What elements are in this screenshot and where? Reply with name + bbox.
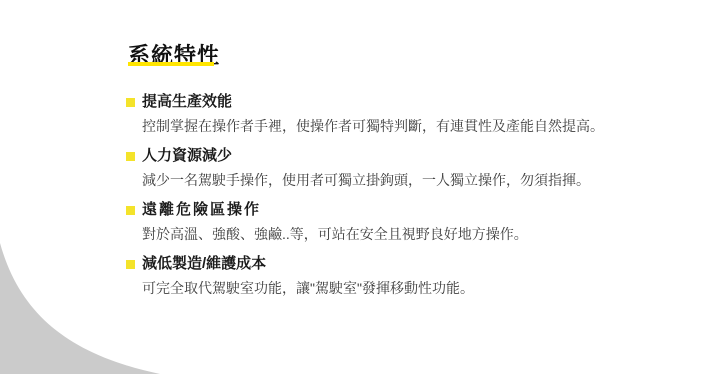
bullet-square-icon [126, 98, 135, 107]
bullet-square-icon [126, 260, 135, 269]
feature-heading-row: 減低製造/維護成本 [126, 255, 626, 274]
feature-description: 可完全取代駕駛室功能，讓"駕駛室"發揮移動性功能。 [126, 279, 626, 297]
feature-heading-row: 人力資源減少 [126, 147, 626, 166]
feature-item-manpower: 人力資源減少 減少一名駕駛手操作，使用者可獨立掛鉤頭，一人獨立操作，勿須指揮。 [126, 147, 626, 189]
bullet-square-icon [126, 206, 135, 215]
feature-description: 對於高溫、強酸、強鹼..等，可站在安全且視野良好地方操作。 [126, 225, 626, 243]
feature-list: 提高生產效能 控制掌握在操作者手裡，使操作者可獨特判斷，有連貫性及產能自然提高。… [126, 93, 626, 309]
feature-description: 控制掌握在操作者手裡，使操作者可獨特判斷，有連貫性及產能自然提高。 [126, 117, 626, 135]
feature-heading-row: 提高生產效能 [126, 93, 626, 112]
feature-description: 減少一名駕駛手操作，使用者可獨立掛鉤頭，一人獨立操作，勿須指揮。 [126, 171, 626, 189]
bullet-square-icon [126, 152, 135, 161]
feature-heading: 人力資源減少 [142, 147, 232, 166]
feature-item-danger-zone: 遠離危險區操作 對於高溫、強酸、強鹼..等，可站在安全且視野良好地方操作。 [126, 201, 626, 243]
feature-heading-row: 遠離危險區操作 [126, 201, 626, 220]
feature-item-cost: 減低製造/維護成本 可完全取代駕駛室功能，讓"駕駛室"發揮移動性功能。 [126, 255, 626, 297]
feature-item-productivity: 提高生產效能 控制掌握在操作者手裡，使操作者可獨特判斷，有連貫性及產能自然提高。 [126, 93, 626, 135]
feature-heading: 遠離危險區操作 [142, 201, 261, 220]
title-underline [128, 62, 214, 66]
feature-heading: 提高生產效能 [142, 93, 232, 112]
slide: 系統特性 提高生產效能 控制掌握在操作者手裡，使操作者可獨特判斷，有連貫性及產能… [0, 0, 710, 374]
feature-heading: 減低製造/維護成本 [142, 255, 266, 274]
